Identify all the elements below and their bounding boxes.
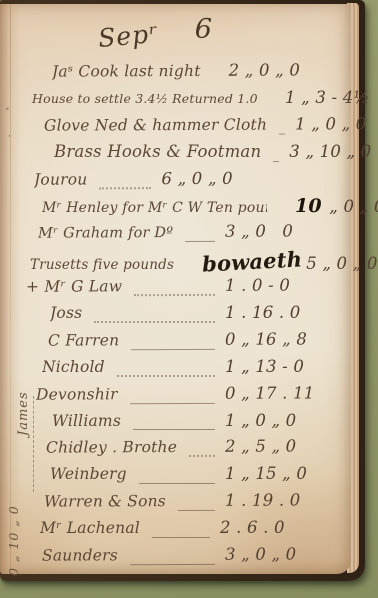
leader-line: [130, 564, 215, 565]
entry-name: Joss: [50, 304, 82, 322]
entry-amount: „ 0 „ 0: [324, 197, 378, 216]
entry-name: Jourou: [34, 170, 88, 188]
page-title-day: 6: [194, 14, 213, 45]
leader-line: [273, 161, 279, 162]
entry-amount: 3 „ 0 „ 0: [225, 544, 337, 563]
entry-name: Jaˢ Cook last night: [52, 62, 201, 81]
entry-name: Mʳ Lachenal: [40, 519, 140, 537]
entry-name: Nichold: [42, 358, 105, 376]
entry-name: Weinberg: [50, 465, 127, 483]
ledger-entry: Jourou 6 „ 0 „ 0: [26, 168, 337, 196]
entry-amount: 1 „ 0 „ 0: [225, 411, 337, 430]
entry-amount: 2 „ 0 „ 0: [229, 60, 341, 79]
ledger-entry: Saunders 3 „ 0 „ 0: [26, 544, 337, 572]
ledger-entries: Jaˢ Cook last night 2 „ 0 „ 0 House to s…: [26, 61, 337, 572]
ink-speck: ·: [8, 132, 11, 142]
entry-name: Brass Hooks & Footman: [54, 142, 261, 161]
entry-overwrite-word: bowaeth: [202, 247, 303, 277]
leader-line: [185, 241, 215, 242]
entry-amount: 1 . 16 . 0: [225, 303, 337, 322]
ledger-entry: Trusetts five pounds bowaeth 5 „ 0 „ 0: [26, 249, 337, 276]
entry-amount: 1 „ 13 - 0: [225, 357, 337, 376]
leader-line: [130, 402, 215, 403]
entry-amount: 1 „ 3 - 4½: [285, 88, 378, 107]
margin-dashed-line: [33, 396, 34, 492]
leader-line: [139, 483, 215, 484]
entry-amount: 1 „ 15 „ 0: [225, 464, 337, 483]
ledger-entry: Brass Hooks & Footman 3 „ 10 „ 0: [26, 142, 337, 169]
ledger-entry: Devonshir 0 „ 17 . 11: [26, 383, 337, 411]
entry-name: House to settle 3.4½ Returned 1.0.0: [32, 91, 257, 106]
entry-name: Warren & Sons: [44, 492, 166, 511]
page-title-month: Sepʳ: [97, 19, 160, 53]
account-book: Sepʳ6 Jaˢ Cook last night 2 „ 0 „ 0 Hous…: [0, 0, 365, 581]
ledger-entry: + Mʳ G Law 1 . 0 - 0: [26, 275, 337, 303]
entry-name: Trusetts five pounds: [30, 257, 174, 273]
ledger-entry: Glove Ned & hammer Cloth 1 „ 0 „ 0: [26, 114, 337, 142]
ledger-entry: Nichold 1 „ 13 - 0: [26, 357, 337, 384]
ledger-page: Sepʳ6 Jaˢ Cook last night 2 „ 0 „ 0 Hous…: [0, 4, 351, 574]
entry-amount: 3 „ 0 0: [225, 222, 337, 241]
ledger-entry: Chidley . Brothe 2 „ 5 „ 0: [26, 437, 337, 465]
leader-line: [178, 510, 215, 511]
leader-line: [134, 294, 215, 296]
entry-amount: 6 „ 0 „ 0: [161, 168, 273, 187]
ledger-entry: C Farren 0 „ 16 „ 8: [26, 329, 337, 357]
entry-name: Devonshir: [36, 385, 118, 403]
entry-name: Mʳ Henley for Mʳ C W Ten pound: [42, 200, 267, 216]
ledger-entry: Williams 1 „ 0 „ 0: [26, 411, 337, 438]
photo-background: Sepʳ6 Jaˢ Cook last night 2 „ 0 „ 0 Hous…: [0, 0, 378, 598]
ledger-entry: Jaˢ Cook last night 2 „ 0 „ 0: [26, 60, 337, 88]
entry-amount: 2 „ 5 „ 0: [225, 437, 337, 456]
entry-amount: 1 „ 0 „ 0: [295, 114, 378, 133]
entry-amount: 2 . 6 . 0: [220, 518, 332, 537]
entry-name: Williams: [52, 412, 121, 430]
entry-name: Glove Ned & hammer Cloth: [44, 115, 267, 134]
entry-amount: 3 „ 10 „ 0: [289, 142, 378, 161]
leader-line: [117, 375, 215, 377]
page-title: Sepʳ6: [97, 13, 214, 54]
ink-speck: ˢ: [6, 106, 9, 116]
ledger-entry: Joss 1 . 16 . 0: [26, 303, 337, 330]
margin-note-james: James: [16, 352, 31, 436]
margin-note-sum: 0 „ 10 „ 0: [6, 472, 21, 576]
ledger-entry: Mʳ Henley for Mʳ C W Ten pound 10 „ 0 „ …: [26, 195, 337, 222]
leader-line: [94, 321, 215, 323]
ledger-entry: Warren & Sons 1 . 19 . 0: [26, 491, 337, 519]
entry-amount: 1 . 19 . 0: [225, 491, 337, 510]
entry-amount-bold: 10: [295, 195, 322, 217]
ledger-entry: Mʳ Lachenal 2 . 6 . 0: [26, 518, 337, 545]
entry-amount: 5 „ 0 „ 0: [306, 254, 378, 273]
ledger-entry: Weinberg 1 „ 15 „ 0: [26, 464, 337, 491]
leader-line: [99, 187, 151, 189]
entry-name: + Mʳ G Law: [26, 277, 122, 295]
entry-name: Mʳ Graham for Dº: [38, 225, 173, 242]
entry-amount: 1 . 0 - 0: [225, 275, 337, 294]
leader-line: [279, 133, 285, 134]
ledger-entry: House to settle 3.4½ Returned 1.0.0 1 „ …: [26, 88, 337, 115]
entry-name: Chidley . Brothe: [46, 438, 177, 457]
entry-amount: 0 „ 16 „ 8: [225, 329, 337, 348]
leader-line: [152, 537, 210, 538]
entry-amount: 0 „ 17 . 11: [225, 383, 337, 402]
leader-line: [131, 349, 215, 350]
entry-name: Saunders: [42, 546, 118, 564]
entry-name: C Farren: [48, 331, 119, 349]
leader-line: [189, 455, 215, 457]
leader-line: [133, 429, 215, 430]
ledger-entry: Mʳ Graham for Dº 3 „ 0 0: [26, 222, 337, 250]
